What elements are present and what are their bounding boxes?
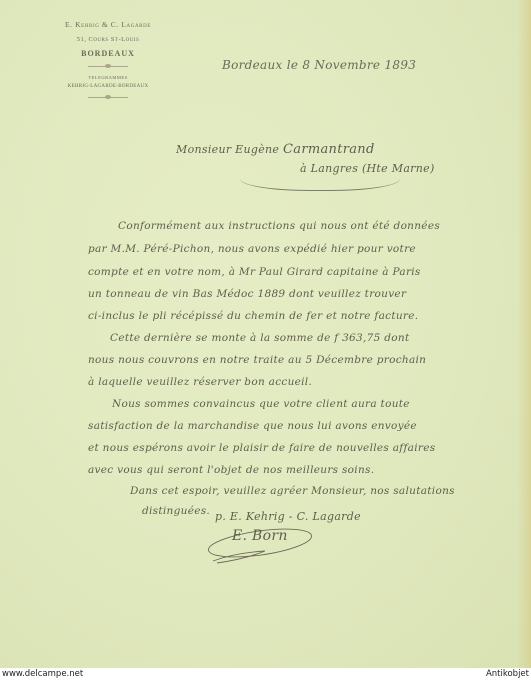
letterhead: E. Kehrig & C. Lagarde 51, Cours St-Loui… xyxy=(28,20,188,105)
letterhead-address: 51, Cours St-Louis xyxy=(28,33,188,46)
body-line: ci-inclus le pli récépissé du chemin de … xyxy=(88,310,418,322)
ornament-divider-bottom xyxy=(88,97,128,99)
body-line: avec vous qui seront l'objet de nos meil… xyxy=(88,464,374,476)
body-line: compte et en votre nom, à Mr Paul Girard… xyxy=(88,266,421,278)
address-underline-flourish xyxy=(240,170,400,191)
body-line: par M.M. Péré-Pichon, nous avons expédié… xyxy=(88,243,416,255)
body-line: Conformément aux instructions qui nous o… xyxy=(118,220,440,232)
footer-bar: www.delcampe.net Antikobjet xyxy=(0,668,531,680)
letterhead-firm: E. Kehrig & C. Lagarde xyxy=(28,20,188,30)
autograph-signature: E. Born xyxy=(232,528,288,544)
footer-site-link[interactable]: www.delcampe.net xyxy=(2,668,83,680)
recipient-name: Carmantrand xyxy=(283,142,375,157)
recipient-line-1: Monsieur Eugène Carmantrand xyxy=(176,142,375,157)
footer-seller-name: Antikobjet xyxy=(486,668,529,680)
body-line: nous nous couvrons en notre traite au 5 … xyxy=(88,354,426,366)
body-line: satisfaction de la marchandise que nous … xyxy=(88,420,417,432)
body-line: distinguées. xyxy=(142,505,210,517)
date-line: Bordeaux le 8 Novembre 1893 xyxy=(222,58,416,72)
body-line: à laquelle veuillez réserver bon accueil… xyxy=(88,376,312,388)
letter-paper: E. Kehrig & C. Lagarde 51, Cours St-Loui… xyxy=(0,0,531,668)
body-line: Cette dernière se monte à la somme de f … xyxy=(110,332,409,344)
letterhead-telegram-label: TELEGRAMMES xyxy=(28,74,188,82)
ornament-divider xyxy=(88,66,128,68)
body-line: Dans cet espoir, veuillez agréer Monsieu… xyxy=(130,485,455,497)
letterhead-city: BORDEAUX xyxy=(28,48,188,60)
body-line: et nous espérons avoir le plaisir de fai… xyxy=(88,442,435,454)
body-line: Nous sommes convaincus que votre client … xyxy=(112,398,410,410)
printed-signature: p. E. Kehrig - C. Lagarde xyxy=(215,510,361,523)
recipient-title: Monsieur Eugène xyxy=(176,143,279,156)
body-line: un tonneau de vin Bas Médoc 1889 dont ve… xyxy=(88,288,406,300)
letterhead-telegram-address: KEHRIG-LAGARDE-BORDEAUX xyxy=(28,82,188,91)
